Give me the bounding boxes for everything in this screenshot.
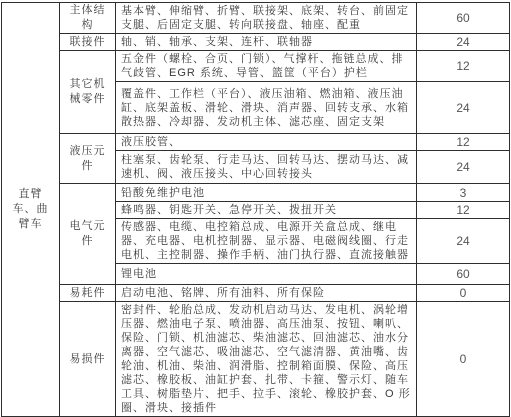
- parts-list-cell: 五金件（螺栓、合页、门锁）、气撑杆、拖链总成、排气歧管、EGR 系统、导管、篮筐…: [116, 51, 417, 82]
- category-cell: 液压元件: [60, 134, 116, 184]
- parts-table-body: 直臂车、曲臂车主体结构基本臂、伸缩臂、折臂、联接架、底架、转台、前固定支腿、后固…: [2, 3, 510, 400]
- value-cell: 0: [417, 285, 510, 302]
- parts-table: 直臂车、曲臂车主体结构基本臂、伸缩臂、折臂、联接架、底架、转台、前固定支腿、后固…: [1, 2, 510, 399]
- category-cell: 易损件: [60, 302, 116, 400]
- value-cell: 24: [417, 151, 510, 184]
- parts-list-cell: 轴、销、轴承、支架、连杆、联轴器: [116, 34, 417, 51]
- category-cell: 联接件: [60, 34, 116, 51]
- parts-list-cell: 蜂鸣器、钥匙开关、急停开关、拨扭开关: [116, 202, 417, 219]
- category-cell: 其它机械零件: [60, 51, 116, 134]
- parts-list-cell: 启动电池、铭牌、所有油料、所有保险: [116, 285, 417, 302]
- value-cell: 24: [417, 34, 510, 51]
- table-row: 易耗件启动电池、铭牌、所有油料、所有保险0: [2, 285, 510, 302]
- value-cell: 24: [417, 82, 510, 134]
- parts-list-cell: 柱塞泵、齿轮泵、行走马达、回转马达、摆动马达、减速机、阀、液压接头、中心回转接头: [116, 151, 417, 184]
- parts-list-cell: 锂电池: [116, 264, 417, 285]
- value-cell: 12: [417, 202, 510, 219]
- parts-list-cell: 传感器、电缆、电控箱总成、电源开关盒总成、继电器、充电器、电机控制器、显示器、电…: [116, 219, 417, 264]
- category-cell: 主体结构: [60, 3, 116, 34]
- value-cell: 60: [417, 3, 510, 34]
- parts-list-cell: 覆盖件、工作栏（平台）、液压油箱、燃油箱、液压油缸、底架盖板、滑轮、滑块、消声器…: [116, 82, 417, 134]
- value-cell: 12: [417, 51, 510, 82]
- value-cell: 3: [417, 184, 510, 202]
- parts-list-cell: 密封件、轮胎总成、发动机启动马达、发电机、涡轮增压器、燃油电子泵、喷油器、高压油…: [116, 302, 417, 400]
- table-row: 直臂车、曲臂车主体结构基本臂、伸缩臂、折臂、联接架、底架、转台、前固定支腿、后固…: [2, 3, 510, 34]
- table-row: 液压元件液压胶管、12: [2, 134, 510, 151]
- table-row: 易损件密封件、轮胎总成、发动机启动马达、发电机、涡轮增压器、燃油电子泵、喷油器、…: [2, 302, 510, 400]
- table-row: 电气元件铅酸免维护电池3: [2, 184, 510, 202]
- parts-list-cell: 基本臂、伸缩臂、折臂、联接架、底架、转台、前固定支腿、后固定支腿、转向联接盘、轴…: [116, 3, 417, 34]
- parts-list-cell: 铅酸免维护电池: [116, 184, 417, 202]
- value-cell: 24: [417, 219, 510, 264]
- value-cell: 0: [417, 302, 510, 400]
- value-cell: 60: [417, 264, 510, 285]
- category-cell: 电气元件: [60, 184, 116, 285]
- parts-list-cell: 液压胶管、: [116, 134, 417, 151]
- table-row: 联接件轴、销、轴承、支架、连杆、联轴器24: [2, 34, 510, 51]
- table-row: 其它机械零件五金件（螺栓、合页、门锁）、气撑杆、拖链总成、排气歧管、EGR 系统…: [2, 51, 510, 82]
- value-cell: 12: [417, 134, 510, 151]
- vehicle-type-cell: 直臂车、曲臂车: [2, 3, 60, 400]
- category-cell: 易耗件: [60, 285, 116, 302]
